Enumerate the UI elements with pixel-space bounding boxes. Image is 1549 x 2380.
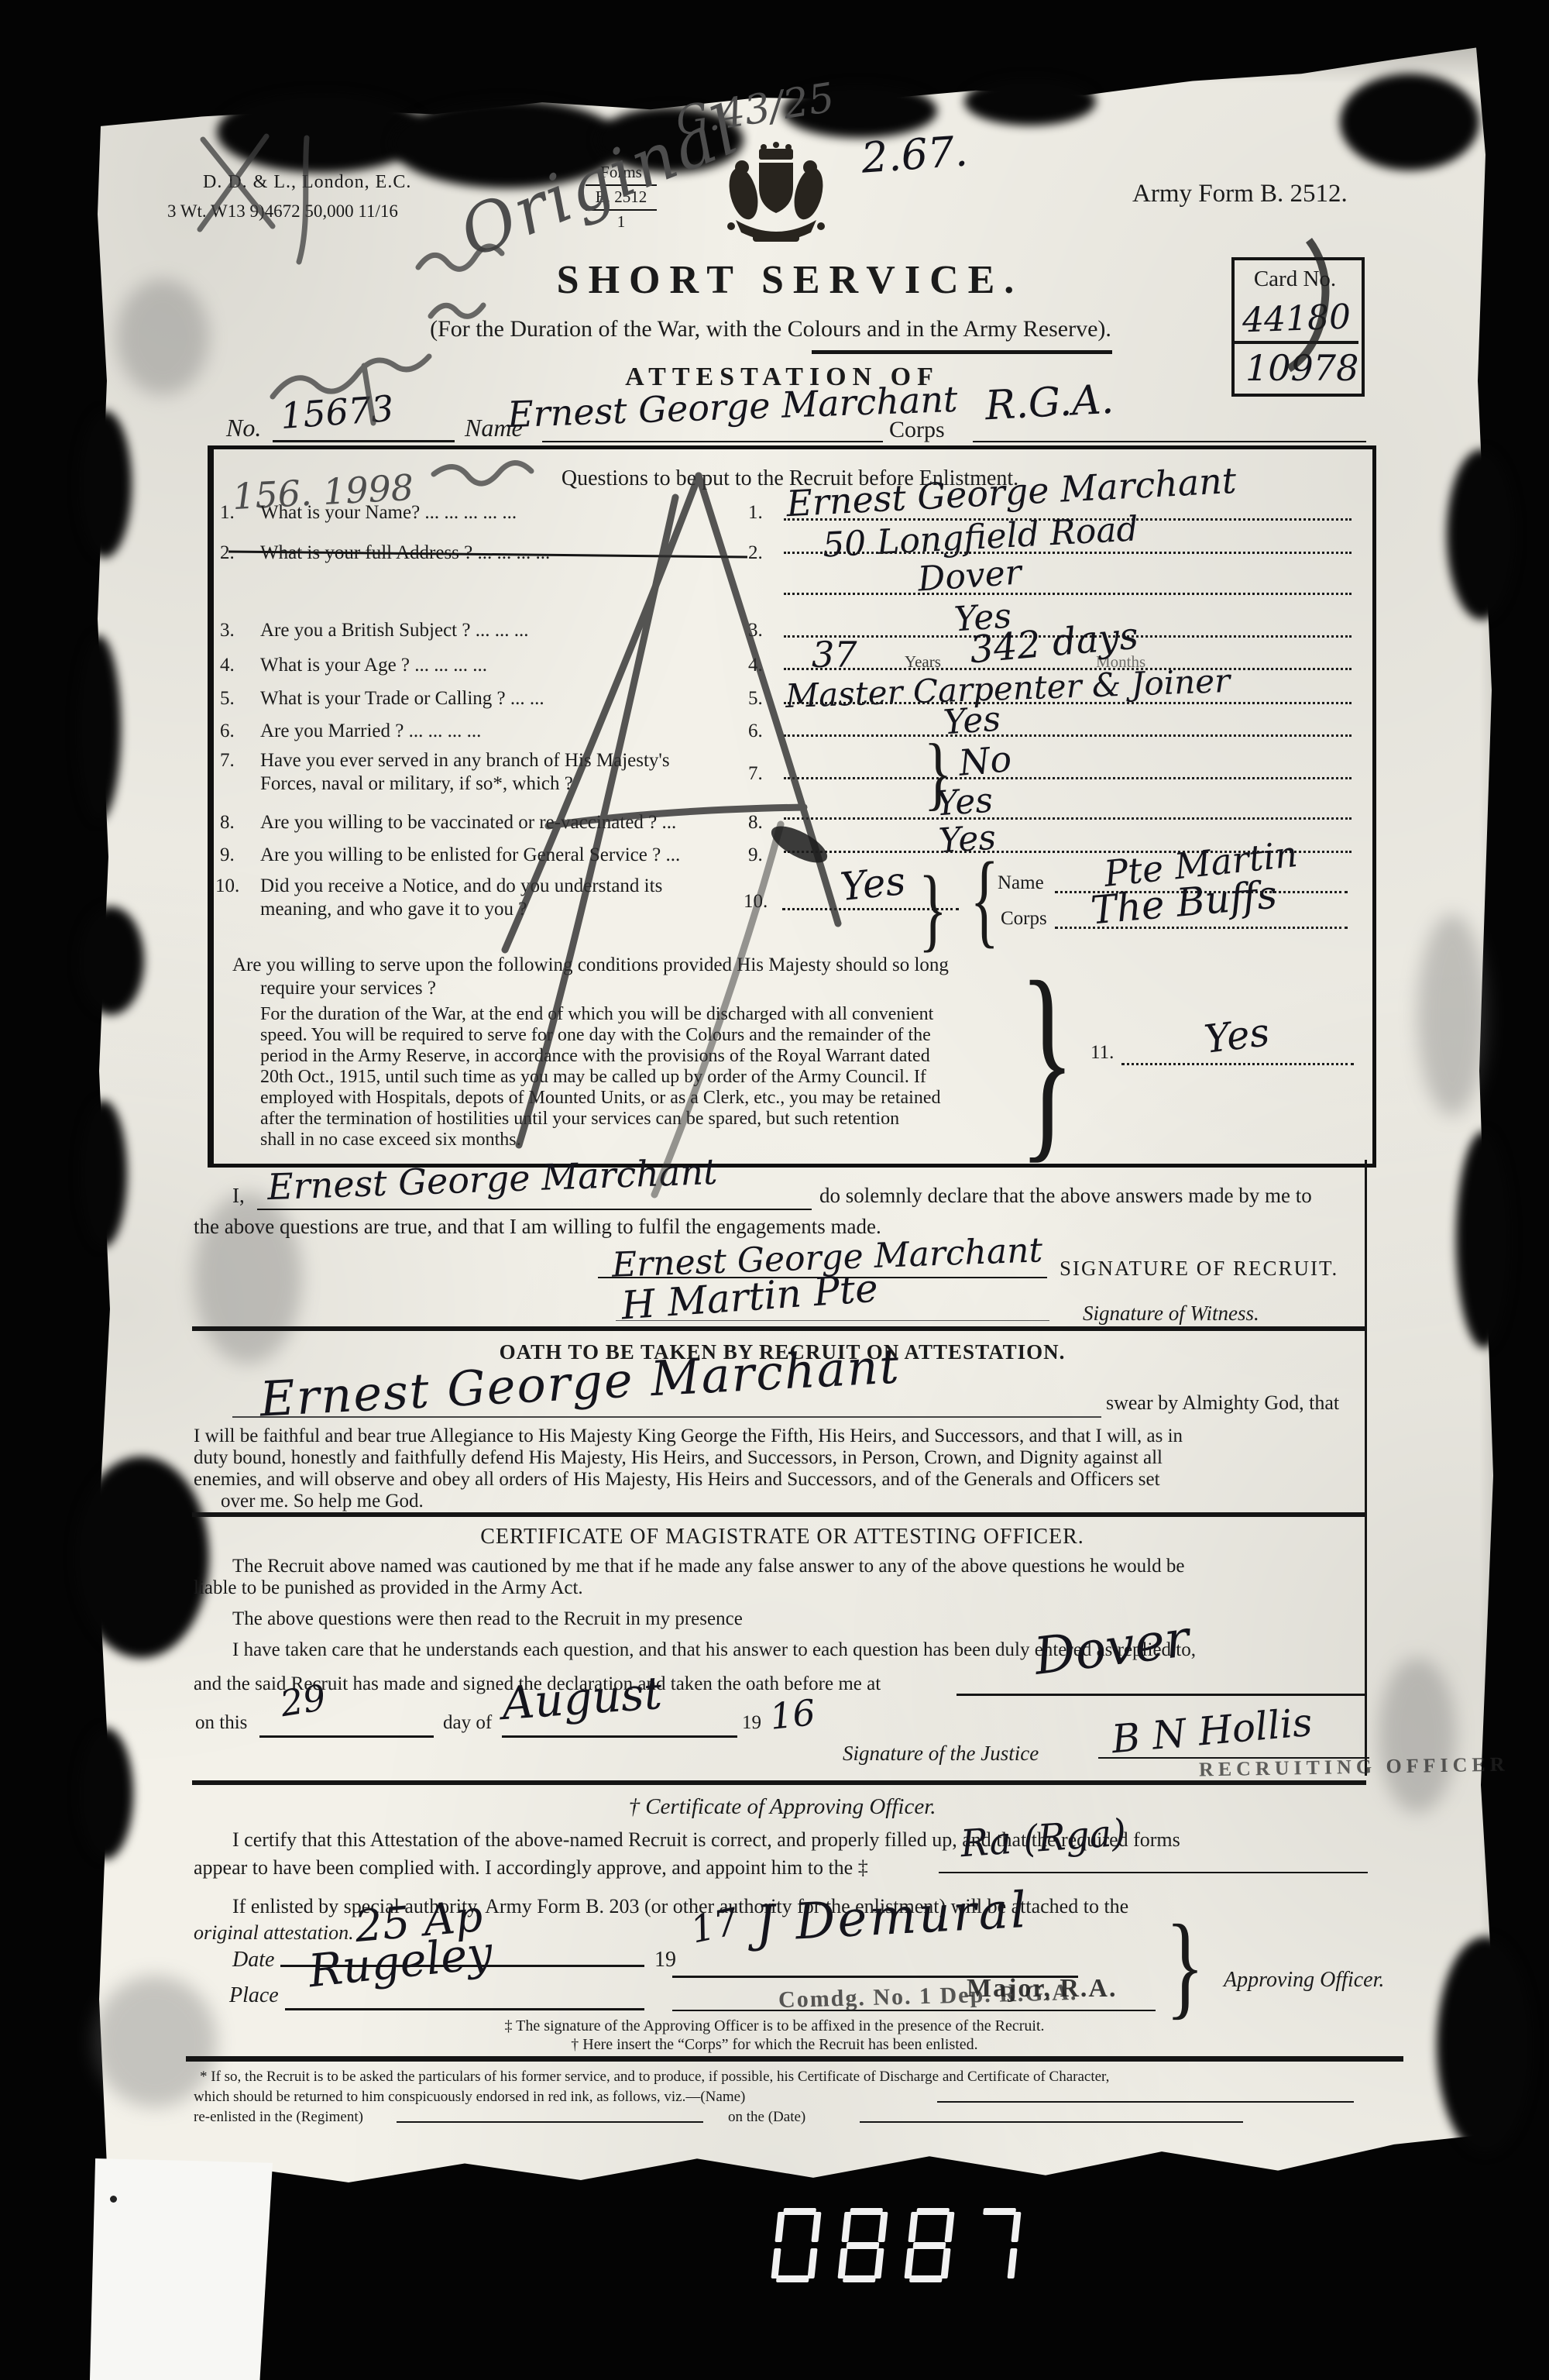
no-underline [273,440,455,442]
form-title: SHORT SERVICE. [511,257,1069,303]
oath-line3: enemies, and will observe and obey all o… [194,1469,1160,1491]
q7-line2: Forces, naval or military, if so*, which… [260,773,573,795]
seven-segment-digit [771,2208,822,2282]
q8-text: Are you willing to be vaccinated or re-v… [260,812,676,834]
a9-num: 9. [748,844,763,866]
q10-line2: meaning, and who gave it to you ? [260,899,527,920]
q5-text: What is your Trade or Calling ? ... ... [260,688,544,710]
a10-open-brace: { [970,847,998,953]
q7-line1: Have you ever served in any branch of Hi… [260,750,670,772]
scanner-strip-dot [110,2196,117,2203]
right-margin-rule [1365,1160,1367,1776]
q11-para-7: shall in no case exceed six months. [260,1130,521,1150]
approving-brace: } [1166,1907,1204,2024]
a8-dotline [784,817,1352,820]
q11-para-5: employed with Hospitals, depots of Mount… [260,1088,940,1109]
fine-print-line2: which should be returned to him conspicu… [194,2089,745,2106]
month-line [502,1735,737,1738]
q1-num: 1. [220,502,235,524]
seven-segment-digit [970,2208,1022,2282]
a11-num: 11. [1090,1042,1114,1064]
scan-blot [1340,74,1479,170]
q10-num: 10. [215,875,239,897]
scan-blot [79,1100,127,1247]
magistrate-para1-line1: The Recruit above named was cautioned by… [232,1556,1184,1577]
fine-print-line3: re-enlisted in the (Regiment) [194,2109,363,2126]
q6-num: 6. [220,721,235,742]
recruit-signature-label: SIGNATURE OF RECRUIT. [1060,1257,1338,1281]
fine-print-line1: * If so, the Recruit is to be asked the … [200,2069,1109,2086]
scan-blot [77,411,132,558]
scan-blot [77,906,144,1015]
q4-num: 4. [220,655,235,676]
q9-num: 9. [220,844,235,866]
day-of-label: day of [443,1712,492,1734]
a2-dotline1 [784,552,1352,554]
q10-line1: Did you receive a Notice, and do you und… [260,875,662,897]
a2-num: 2. [748,542,763,564]
a1-num: 1. [748,502,763,524]
oath-name-line [232,1416,1101,1418]
place-line [285,2008,644,2010]
month-hw: August [500,1666,664,1730]
year-printed: 19 [742,1712,761,1734]
a10-corps-dotline [1055,927,1348,929]
footnote-2: † Here insert the “Corps” for which the … [232,2036,1317,2054]
approving-para1-line2: appear to have been complied with. I acc… [194,1856,868,1880]
a10-name-label: Name [998,872,1044,894]
corps-underline [973,441,1366,442]
a6-dotline [784,734,1352,737]
magistrate-para1-line2: liable to be punished as provided in the… [194,1577,583,1599]
q2-num: 2. [220,542,235,564]
bottom-display [763,2208,1029,2286]
q4-text: What is your Age ? ... ... ... ... [260,655,487,676]
witness-signature-label: Signature of Witness. [1083,1302,1259,1326]
a10-num: 10. [744,891,768,913]
q6-text: Are you Married ? ... ... ... ... [260,721,481,742]
card-number-2: 10978 [1245,347,1358,389]
a3-num: 3. [748,620,763,641]
a11-dotline [1121,1063,1354,1065]
q11-brace: } [1019,948,1075,1169]
scan-smudge [1379,1658,1456,1813]
a6-num: 6. [748,721,763,742]
form-subtitle: (For the Duration of the War, with the C… [256,316,1286,342]
fine-date-line [860,2121,1243,2123]
subtitle-rule [812,350,1112,354]
fine-print-line3b: on the (Date) [728,2109,805,2126]
pencil-reference-2: 2.67. [860,126,969,182]
scan-smudge [93,1976,217,2107]
day-line [259,1735,434,1738]
oath-swear-lead: swear by Almighty God, that [1106,1391,1339,1415]
approving-officer-label: Approving Officer. [1224,1968,1384,1993]
scan-blot [1437,1937,1534,2154]
q11-intro2: require your services ? [260,978,436,999]
scan-smudge [116,279,209,395]
declaration-line1: do solemnly declare that the above answe… [819,1184,1312,1208]
a2-dotline2 [784,593,1352,595]
scan-blot [964,77,1096,126]
a7-num: 7. [748,763,763,785]
q11-para-1: For the duration of the War, at the end … [260,1004,933,1025]
corps-label: Corps [889,417,945,443]
day-hw: 29 [277,1677,328,1725]
printer-imprint-line1: D. D. & L., London, E.C. [203,172,411,193]
q11-para-6: after the termination of hostilities unt… [260,1109,899,1130]
fine-regiment-line [397,2121,703,2123]
name-underline [542,441,883,442]
scan-blot [74,1457,209,1658]
q9-text: Are you willing to be enlisted for Gener… [260,844,680,866]
a10-corps-label: Corps [1001,908,1047,930]
section-rule-2 [192,1512,1366,1517]
scan-smudge [1417,914,1487,1116]
a5-dotline [784,702,1352,704]
q7-num: 7. [220,750,235,772]
oath-line4: over me. So help me God. [221,1491,424,1512]
scanned-attestation-form: D. D. & L., London, E.C. 3 Wt. W13 9)467… [0,0,1549,2380]
scan-blot [1456,1131,1512,1348]
on-this-label: on this [195,1712,247,1734]
no-label: No. [226,414,261,442]
q5-num: 5. [220,688,235,710]
fine-name-line [937,2101,1354,2103]
appointed-corps-line [939,1872,1368,1873]
approving-para2-line2: original attestation. [194,1921,354,1945]
magistrate-para2: The above questions were then read to th… [232,1608,743,1630]
oath-line2: duty bound, honestly and faithfully defe… [194,1447,1163,1469]
scan-blot [77,1728,133,1859]
place-label: Place [229,1983,279,2008]
magistrate-heading: CERTIFICATE OF MAGISTRATE OR ATTESTING O… [310,1525,1255,1549]
seven-segment-digit [904,2208,955,2282]
scanner-strip [90,2158,273,2380]
q11-intro1: Are you willing to serve upon the follow… [232,954,949,976]
q8-num: 8. [220,812,235,834]
a5-num: 5. [748,688,763,710]
q11-para-4: 20th Oct., 1915, until such time as you … [260,1067,926,1088]
section-rule-3 [192,1780,1366,1785]
a10-answer: Yes [838,858,908,910]
oath-line1: I will be faithful and bear true Allegia… [194,1426,1183,1447]
q11-para-2: speed. You will be required to serve for… [260,1025,931,1046]
a7-dotline [784,777,1352,779]
card-number-label: Card No. [1235,267,1355,292]
q1-text: What is your Name? ... ... ... ... ... [260,502,517,524]
magistrate-place-line [957,1694,1367,1696]
declaration-name-line [257,1209,812,1210]
seven-segment-digit [837,2208,888,2282]
printer-imprint-line2: 3 Wt. W13 9)4672 50,000 11/16 [167,201,398,222]
q11-para-3: period in the Army Reserve, in accordanc… [260,1046,930,1067]
declaration-lead: I, [232,1184,245,1208]
army-form-number: Army Form B. 2512. [1132,180,1348,208]
a4-num: 4. [748,655,763,676]
a11-answer: Yes [1202,1009,1272,1062]
a8-num: 8. [748,812,763,834]
year-hw: 16 [768,1691,817,1738]
a10-dotline [782,908,959,910]
scan-blot [76,635,121,821]
justice-label: Signature of the Justice [843,1742,1039,1766]
q3-text: Are you a British Subject ? ... ... ... [260,620,528,641]
scan-blot [1447,449,1516,620]
declaration-line2: the above questions are true, and that I… [194,1215,881,1239]
footnote-1: ‡ The signature of the Approving Officer… [232,2017,1317,2035]
corps-value: R.G.A. [984,377,1115,430]
section-rule-1 [192,1326,1366,1331]
witness-signature-line [616,1320,1049,1321]
service-number: 15673 [279,387,395,437]
date-label: Date [232,1948,274,1972]
q3-num: 3. [220,620,235,641]
approving-year-printed: 19 [654,1948,676,1972]
section-rule-4 [186,2056,1403,2062]
